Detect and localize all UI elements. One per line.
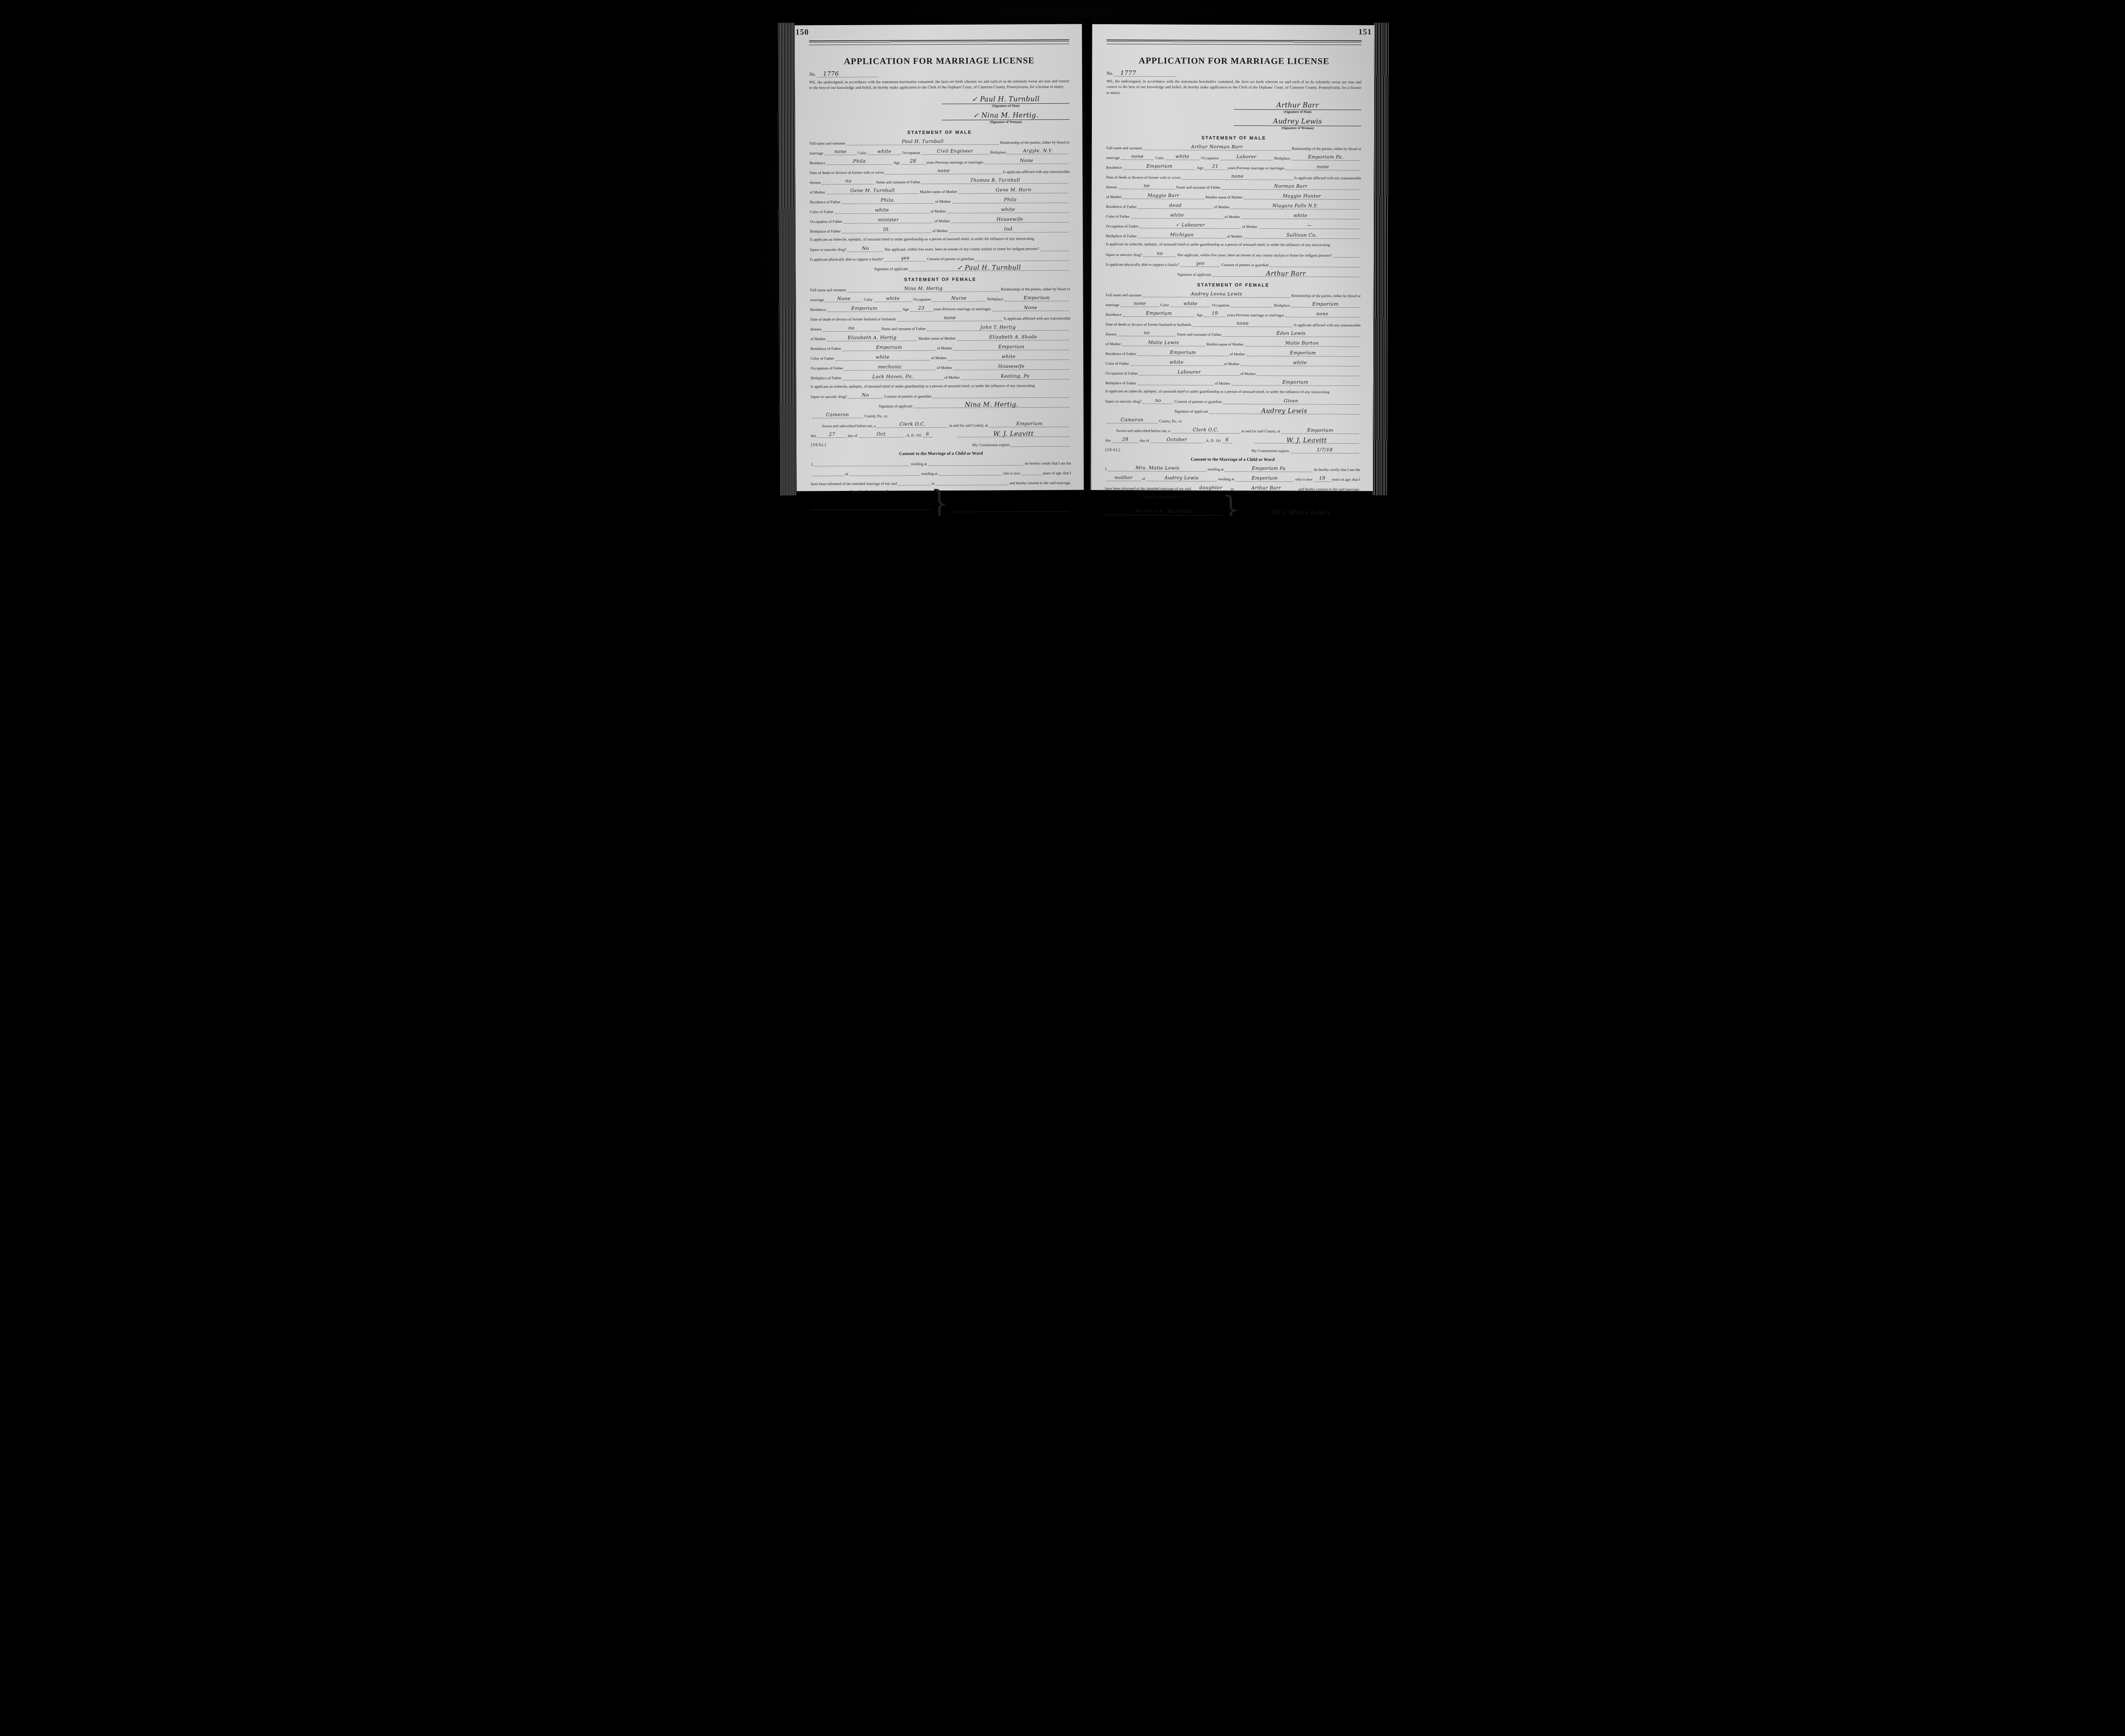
woman-signature-unit: Audrey Lewis (Signature of Woman) — [1234, 117, 1361, 130]
female-parent-consent: Given — [1223, 398, 1359, 405]
label-relationship: Relationship of the parties, either by b… — [1291, 293, 1361, 298]
clerk-signature: W. J. Leavitt — [1254, 437, 1359, 444]
label-occ-father: Occupation of Father — [1106, 224, 1139, 229]
page-number: 151 — [1358, 28, 1372, 37]
application-number-row: No. 1777 — [1106, 70, 1361, 77]
label-certify: do hereby certify that I am the — [1314, 468, 1360, 472]
male-color-mother: white — [947, 207, 1069, 213]
male-occ-mother: Housewife — [951, 216, 1069, 223]
label-color-father: Color of Father — [1106, 214, 1130, 219]
label-previous-marriage: Previous marriage or marriages — [1236, 166, 1284, 170]
page-edge-stack-right — [1373, 23, 1389, 495]
commission-expires — [1011, 440, 1070, 447]
label-maiden: Maiden name of Mother — [1205, 195, 1243, 200]
label-relationship: Relationship of the parties, either by b… — [1000, 140, 1070, 145]
male-disease: no — [822, 178, 875, 185]
label-county-suffix: County, Pa., ss: — [864, 414, 888, 418]
label-color-father: Color of Father — [810, 210, 834, 214]
statement-of-female-heading: STATEMENT OF FEMALE — [810, 276, 1070, 283]
label-ad191: , A. D. 191 — [905, 433, 922, 438]
female-previous-marriage: none — [1286, 311, 1360, 318]
label-maiden: Maiden name of Mother — [1206, 342, 1244, 347]
male-color: white — [1165, 154, 1200, 160]
brace-glyph: } — [1222, 494, 1240, 516]
label-occupation: Occupation — [1201, 156, 1219, 160]
label-sworn2: in and for said County, at — [949, 423, 988, 428]
male-res-father: Phila. — [841, 197, 934, 204]
label-residence: Residence — [810, 161, 825, 165]
imbecile-clause: Is applicant an imbecile, epileptic, of … — [810, 383, 1071, 389]
label-sworn2: in and for said County, at — [1241, 429, 1280, 434]
female-maiden: Elizabeth A. Shade — [957, 334, 1069, 340]
label-county-suffix: County, Pa., ss: — [1159, 419, 1183, 424]
label-maiden: Maiden name of Mother — [920, 189, 958, 194]
male-res-father: dead — [1138, 203, 1213, 210]
label-res-father: Residence of Father — [1106, 204, 1136, 209]
female-statement: Full name and surnameAudrey Leona LewisR… — [1105, 291, 1361, 414]
label-previous-marriage: Previous marriage or marriages — [943, 307, 991, 312]
sworn-year: 6 — [923, 431, 932, 437]
female-narcotic: no — [1143, 397, 1173, 404]
female-disease: no — [823, 325, 880, 332]
female-full-name: Audrey Leona Lewis — [1143, 291, 1290, 298]
label-age: Age — [1197, 166, 1203, 170]
male-res-mother: Phila — [952, 197, 1069, 204]
male-full-name: Paul H. Turnbull — [847, 138, 999, 145]
label-of-mother: of Mother — [1230, 352, 1245, 356]
consent-block-1: Consent to the Marriage of a Child or Wa… — [811, 451, 1071, 516]
male-age: 21 — [1204, 164, 1226, 170]
page-inner: 150 APPLICATION FOR MARRIAGE LICENSE No.… — [795, 24, 1084, 491]
label-afflicted: Is applicant afflicted with any transmis… — [1295, 176, 1361, 181]
consent-child: Audrey Lewis — [1146, 475, 1217, 482]
no-label: No. — [1106, 71, 1113, 77]
male-birthplace: Argyle, N.Y. — [1007, 148, 1068, 155]
imbecile-clause: Is applicant an imbecile, epileptic, of … — [1106, 242, 1361, 248]
witness-area: Residing at Residing at } — [811, 494, 1071, 516]
consent-child-age: 19 — [1314, 475, 1331, 482]
man-signature-caption: (Signature of Man) — [942, 104, 1069, 108]
label-afflicted: Is applicant afflicted with any transmis… — [1294, 323, 1360, 327]
witness-1: Maurice A. Wormuth — [1105, 505, 1222, 516]
statement-of-male-heading: STATEMENT OF MALE — [1106, 135, 1361, 141]
sworn-place: Emporium — [1281, 427, 1359, 434]
label-residence: Residence — [1106, 165, 1122, 170]
label-full-name: Full name and surname — [1106, 293, 1142, 298]
label-commission: My Commission expires — [1252, 449, 1289, 454]
label-years-age: years of age; that I — [1332, 477, 1360, 482]
label-consent-marriage: and hereby consent to the said marriage. — [1009, 481, 1071, 485]
male-father: Norman Barr — [1222, 183, 1360, 190]
label-inmate: Has applicant, within five years, been a… — [1177, 252, 1332, 258]
label-of-mother: of Mother — [937, 366, 952, 370]
label-of: of — [1142, 477, 1145, 481]
book-gutter — [1083, 17, 1092, 493]
female-statement: Full name and surnameNina M. HertigRelat… — [810, 285, 1071, 408]
label-support: Is applicant physically able to support … — [1106, 262, 1179, 267]
consenter-signature — [952, 501, 1070, 512]
label-day-of: day of — [848, 434, 858, 438]
clerk-signature: W. J. Leavitt — [957, 431, 1070, 437]
consent-declarant-residence — [928, 459, 1023, 466]
male-occupation: Civil Engineer — [921, 148, 989, 155]
male-narcotic: No — [847, 245, 883, 252]
label-of-mother: of Mother — [1224, 362, 1239, 366]
label-of-mother: of Mother — [931, 209, 946, 214]
top-rule — [809, 40, 1069, 45]
label-i: I, — [811, 462, 813, 466]
sworn-officer: Clerk O.C. — [1171, 427, 1240, 434]
left-page: 150 APPLICATION FOR MARRIAGE LICENSE No.… — [795, 24, 1084, 491]
male-occupation: Laborer — [1220, 154, 1273, 160]
label-color-father: Color of Father — [1105, 361, 1129, 366]
male-birthplace: Emporium Pa. — [1292, 154, 1360, 161]
label-of-mother: of Mother — [810, 190, 825, 195]
label-color-father: Color of Father — [810, 356, 834, 361]
label-occupation: Occupation — [1212, 303, 1230, 307]
application-number-row: No. 1776 — [809, 70, 1069, 78]
male-birth-father: Michigan — [1138, 232, 1226, 239]
female-age: 19 — [1204, 311, 1226, 317]
female-color-father: white — [835, 354, 930, 361]
male-narcotic: no — [1143, 250, 1176, 257]
label-of-mother: of Mother — [937, 346, 952, 351]
label-sworn1: Sworn and subscribed before me, a — [1116, 428, 1170, 433]
male-previous-marriage: none — [1286, 164, 1360, 171]
label-disease: disease — [1105, 332, 1116, 336]
label-presence: Signed in the presence of — [1143, 494, 1360, 499]
male-occ-father: minister — [844, 217, 933, 224]
female-residence: Emporium — [827, 305, 901, 312]
sworn-block: CameronCounty, Pa., ss: Sworn and subscr… — [811, 411, 1071, 448]
label-years: years. — [926, 160, 935, 165]
male-birth-father: Ill. — [842, 227, 931, 233]
application-number: 1777 — [1114, 70, 1176, 77]
label-i: I, — [1105, 467, 1107, 471]
female-color-mother: white — [1241, 360, 1359, 366]
label-afflicted: Is applicant afflicted with any transmis… — [1003, 169, 1070, 174]
label-this: this — [811, 434, 816, 438]
label-occ-father: Occupation of Father — [810, 219, 843, 224]
label-full-name: Full name and surname — [810, 141, 845, 146]
label-birth-father: Birthplace of Father — [1105, 381, 1136, 386]
female-full-name: Nina M. Hertig — [847, 285, 1000, 292]
male-previous-marriage: None — [985, 158, 1068, 165]
label-residence: Residence — [810, 307, 826, 312]
label-years-age: years of age; that I — [1043, 471, 1071, 476]
male-inmate — [1040, 244, 1069, 251]
page-inner: 151 APPLICATION FOR MARRIAGE LICENSE No.… — [1091, 24, 1374, 491]
female-res-mother: Emporium — [1247, 350, 1359, 357]
label-birth-father: Birthplace of Father — [1106, 234, 1137, 238]
female-signature: Nina M. Hertig. — [914, 401, 1070, 408]
witness-area: Maurice A. Wormuth Residing atRoulette C… — [1105, 499, 1360, 516]
label-residing: residing at — [1207, 467, 1224, 471]
label-sworn1: Sworn and subscribed before me, a — [822, 424, 876, 428]
label-color: Color — [858, 150, 867, 155]
male-maiden: Gene M. Horn — [958, 187, 1068, 194]
male-mother: Maggie Barr — [1123, 193, 1204, 200]
right-page: 151 APPLICATION FOR MARRIAGE LICENSE No.… — [1091, 24, 1374, 491]
female-res-father: Emporium — [1137, 349, 1228, 356]
sworn-block: CameronCounty, Pa., ss: Sworn and subscr… — [1105, 417, 1360, 454]
witness-column: Residing at Residing at — [811, 494, 931, 516]
label-marriage: marriage — [1106, 303, 1119, 307]
label-of-mother: of Mother — [931, 356, 946, 360]
label-birth-father: Birthplace of Father — [810, 376, 841, 380]
label-father: Name and surname of Father — [1177, 332, 1221, 337]
male-birth-mother: Sullivan Co. — [1244, 232, 1360, 239]
female-mother: Elizabeth A. Hertig — [827, 335, 917, 341]
sworn-county: Cameron — [1107, 417, 1158, 423]
female-birth-father — [1137, 379, 1213, 386]
consenter-signature: Mrs. Matie Lewis — [1244, 507, 1358, 516]
label-occ-father: Occupation of Father — [1105, 371, 1138, 376]
male-support: yes — [1181, 261, 1220, 267]
brace-glyph: } — [931, 488, 948, 516]
female-res-father: Emporium — [842, 344, 936, 351]
label-color: Color — [1155, 156, 1164, 160]
label-informed: have been informed of the intended marri… — [811, 481, 897, 486]
label-color: Color — [864, 298, 873, 302]
male-color-mother: white — [1241, 213, 1360, 219]
label-consent: Consent of parents or guardian — [927, 257, 974, 261]
label-certify: do hereby certify that I am the — [1025, 461, 1071, 466]
label-birthplace: Birthplace — [987, 297, 1003, 302]
male-date-death: none — [1182, 173, 1293, 180]
consent-relation — [812, 470, 844, 476]
female-narcotic: No — [848, 392, 883, 399]
header-signatures: ✓ Paul H. Turnbull (Signature of Man) ✓ … — [809, 91, 1069, 125]
consent-heading: Consent to the Marriage of a Child or Wa… — [1105, 457, 1360, 462]
female-occupation: Nurse — [932, 295, 986, 302]
label-date-death: Date of death or divorce of former wife … — [1106, 175, 1181, 180]
sworn-officer: Clerk O.C. — [877, 421, 948, 428]
female-occ-mother: Housewife — [953, 363, 1069, 370]
label-afflicted: Is applicant afflicted with any transmis… — [1004, 316, 1071, 321]
label-years: years. — [1227, 166, 1236, 170]
female-color-father: white — [1130, 359, 1223, 366]
label-father: Name and surname of Father — [881, 326, 926, 331]
female-occupation — [1231, 301, 1273, 307]
label-date-death: Date of death or divorce of former husba… — [1105, 322, 1191, 327]
label-birth-father: Birthplace of Father — [810, 229, 841, 234]
oath-paragraph: WE, the undersigned, in accordance with … — [809, 79, 1069, 92]
sworn-place: Emporium — [989, 421, 1070, 428]
male-father: Thomas B. Turnbull — [922, 177, 1069, 184]
label-age: Age — [1196, 312, 1203, 317]
label-date-death: Date of death or divorce of former husba… — [810, 317, 896, 322]
male-signature: Arthur Barr — [1213, 270, 1360, 277]
consent-declarant — [814, 460, 909, 467]
label-birthplace: Birthplace — [1274, 156, 1290, 160]
male-color-father: white — [835, 207, 929, 214]
label-signature-applicant: Signature of applicant — [1174, 409, 1208, 414]
label-of-mother: of Mother — [935, 199, 951, 204]
commission-expires: 1/7/18 — [1290, 447, 1359, 454]
male-res-mother: Niagara Falls N.Y. — [1231, 203, 1360, 210]
consent-heading: Consent to the Marriage of a Child or Wa… — [811, 451, 1071, 457]
female-signature: Audrey Lewis — [1210, 408, 1359, 414]
consent-declarant: Mrs. Matie Lewis — [1108, 465, 1206, 472]
label-of-mother: of Mother — [1224, 215, 1240, 219]
page-edge-stack-left — [778, 23, 797, 495]
label-inmate: Has applicant, within five years, been a… — [884, 247, 1039, 252]
male-color: white — [867, 148, 901, 155]
man-signature-unit: Arthur Barr (Signature of Man) — [1234, 101, 1361, 114]
female-birth-mother: Emporium — [1232, 379, 1359, 386]
male-parent-consent — [975, 254, 1069, 261]
label-of-mother: of Mother — [810, 337, 826, 341]
label-who-is-now: who is now — [1295, 477, 1313, 482]
label-of-mother: of Mother — [1242, 224, 1258, 229]
witness-1 — [811, 500, 931, 510]
male-occ-father: ✓ Labourer — [1140, 222, 1241, 229]
consent-child-residence: Emporium — [1235, 475, 1294, 482]
label-age: Age — [893, 160, 900, 165]
label-of-mother: of Mother — [1106, 195, 1121, 199]
imbecile-clause: Is applicant an imbecile, epileptic, of … — [1105, 389, 1360, 395]
witness-1-residence — [830, 513, 929, 516]
label-res-father: Residence of Father — [810, 200, 840, 204]
label-of: of — [845, 472, 848, 476]
female-previous-marriage: None — [992, 304, 1069, 311]
label-residence: Residence — [1106, 312, 1122, 317]
label-informed: have been informed of the intended marri… — [1105, 486, 1191, 491]
label-signature-applicant: Signature of applicant — [874, 267, 908, 272]
label-full-name: Full name and surname — [810, 288, 846, 292]
male-residence: Phila — [827, 158, 892, 165]
label-narcotic: liquor or narcotic drug? — [1105, 399, 1142, 404]
male-full-name: Arthur Norman Barr — [1143, 144, 1290, 151]
label-marriage: marriage — [810, 298, 824, 302]
female-occ-father: mechanic — [844, 364, 935, 371]
female-birthplace: Emporium — [1291, 301, 1359, 308]
consent-to-name: Arthur Barr — [1235, 485, 1297, 492]
male-parent-consent — [1270, 261, 1360, 267]
male-residence: Emporium — [1123, 164, 1196, 170]
consent-child — [850, 470, 920, 477]
male-signature: ✓ Paul H. Turnbull — [909, 264, 1069, 271]
label-support: Is applicant physically able to support … — [810, 257, 884, 262]
label-narcotic: liquor or narcotic drug? — [810, 247, 846, 252]
label-disease: disease — [1106, 185, 1117, 189]
consent-declarant-residence: Emporium Pa — [1225, 465, 1312, 472]
consent-block-1: Consent to the Marriage of a Child or Wa… — [1105, 457, 1360, 516]
female-disease: no — [1118, 330, 1176, 336]
male-mother: Gene M. Turnbull — [827, 187, 919, 194]
label-of-mother: of Mother — [944, 375, 960, 380]
sworn-day: 27 — [818, 431, 847, 438]
consenter-signature-column: Mrs. Matie Lewis — [1239, 500, 1360, 516]
statement-of-female-heading: STATEMENT OF FEMALE — [1106, 282, 1361, 288]
label-res-father: Residence of Father — [1105, 352, 1136, 356]
label-years: years. — [1227, 313, 1236, 317]
label-disease: disease — [810, 180, 821, 184]
label-occ-father: Occupation of Father — [810, 366, 843, 371]
man-signature: ✓ Paul H. Turnbull — [942, 95, 1069, 104]
consent-child-residence — [939, 469, 1002, 476]
woman-signature: ✓ Nina M. Hertig. — [942, 111, 1069, 120]
label-years: years. — [934, 307, 943, 311]
label-of-mother: of Mother — [1105, 342, 1121, 346]
label-res-father: Residence of Father — [810, 346, 841, 351]
male-relationship: none — [1121, 153, 1154, 160]
seal-mark: [SEAL] — [811, 443, 826, 448]
sworn-year: 6 — [1222, 437, 1232, 443]
female-residence: Emporium — [1122, 310, 1195, 317]
man-signature-caption: (Signature of Man) — [1234, 110, 1361, 114]
label-residing: residing at — [1218, 477, 1234, 481]
female-occ-father: Labourer — [1139, 369, 1239, 376]
label-occupation: Occupation — [913, 297, 931, 302]
female-birth-mother: Keating, Pa — [961, 373, 1069, 380]
form-title: APPLICATION FOR MARRIAGE LICENSE — [1107, 55, 1362, 67]
label-full-name: Full name and surname — [1106, 146, 1142, 150]
label-narcotic: liquor or narcotic drug? — [1106, 252, 1142, 257]
woman-signature: Audrey Lewis — [1234, 117, 1361, 126]
form-title: APPLICATION FOR MARRIAGE LICENSE — [809, 55, 1069, 67]
female-color: white — [1170, 301, 1211, 307]
label-this: this — [1105, 438, 1111, 443]
female-father: John T. Hertig — [927, 324, 1069, 331]
male-occ-mother: — — [1259, 223, 1360, 230]
label-consent: Consent of parents or guardian — [1175, 400, 1222, 404]
male-support: yes — [885, 255, 926, 261]
label-age: Age — [902, 307, 909, 312]
no-label: No. — [809, 72, 816, 78]
consent-said — [898, 479, 930, 485]
consent-relation: mother — [1106, 475, 1141, 481]
application-number: 1776 — [817, 71, 878, 78]
label-of-mother: of Mother — [1241, 372, 1256, 376]
sworn-month: Oct — [858, 431, 904, 438]
female-relationship: none — [1121, 301, 1159, 307]
female-res-mother: Emporium — [954, 343, 1069, 350]
label-of-mother: of Mother — [1227, 234, 1242, 238]
label-day-of: day of — [1140, 439, 1150, 443]
label-maiden: Maiden name of Mother — [918, 336, 956, 341]
label-relationship: Relationship of the parties, either by b… — [1001, 287, 1071, 292]
male-statement: Full name and surnameArthur Norman BarrR… — [1106, 144, 1361, 277]
label-previous-marriage: Previous marriage or marriages — [935, 160, 983, 165]
male-color-father: white — [1131, 213, 1223, 219]
female-mother: Matie Lewis — [1122, 340, 1205, 346]
female-occ-mother — [1257, 369, 1359, 376]
label-occupation: Occupation — [902, 150, 920, 155]
statement-of-male-heading: STATEMENT OF MALE — [810, 130, 1070, 136]
man-signature: Arthur Barr — [1234, 101, 1361, 110]
male-disease: no — [1119, 183, 1175, 189]
female-parent-consent — [932, 391, 1069, 398]
female-age: 23 — [910, 305, 932, 312]
consent-child-age — [1022, 469, 1041, 475]
label-date-death: Date of death or divorce of former wife … — [810, 170, 884, 175]
seal-mark: [SEAL] — [1105, 448, 1120, 453]
female-relationship: None — [825, 295, 862, 302]
label-commission: My Commission expires — [972, 443, 1010, 447]
female-date-death: none — [897, 315, 1002, 321]
woman-signature-caption: (Signature of Woman) — [942, 120, 1070, 124]
label-of-mother: of Mother — [932, 229, 948, 233]
witness-column: Maurice A. Wormuth Residing atRoulette C… — [1105, 499, 1222, 516]
female-color: white — [874, 295, 912, 302]
sworn-day: 28 — [1112, 437, 1138, 443]
imbecile-clause: Is applicant an imbecile, epileptic, of … — [810, 236, 1070, 242]
header-signatures: Arthur Barr (Signature of Man) Audrey Le… — [1106, 97, 1361, 130]
male-relationship: none — [824, 149, 856, 155]
female-birthplace: Emporium — [1004, 295, 1069, 301]
